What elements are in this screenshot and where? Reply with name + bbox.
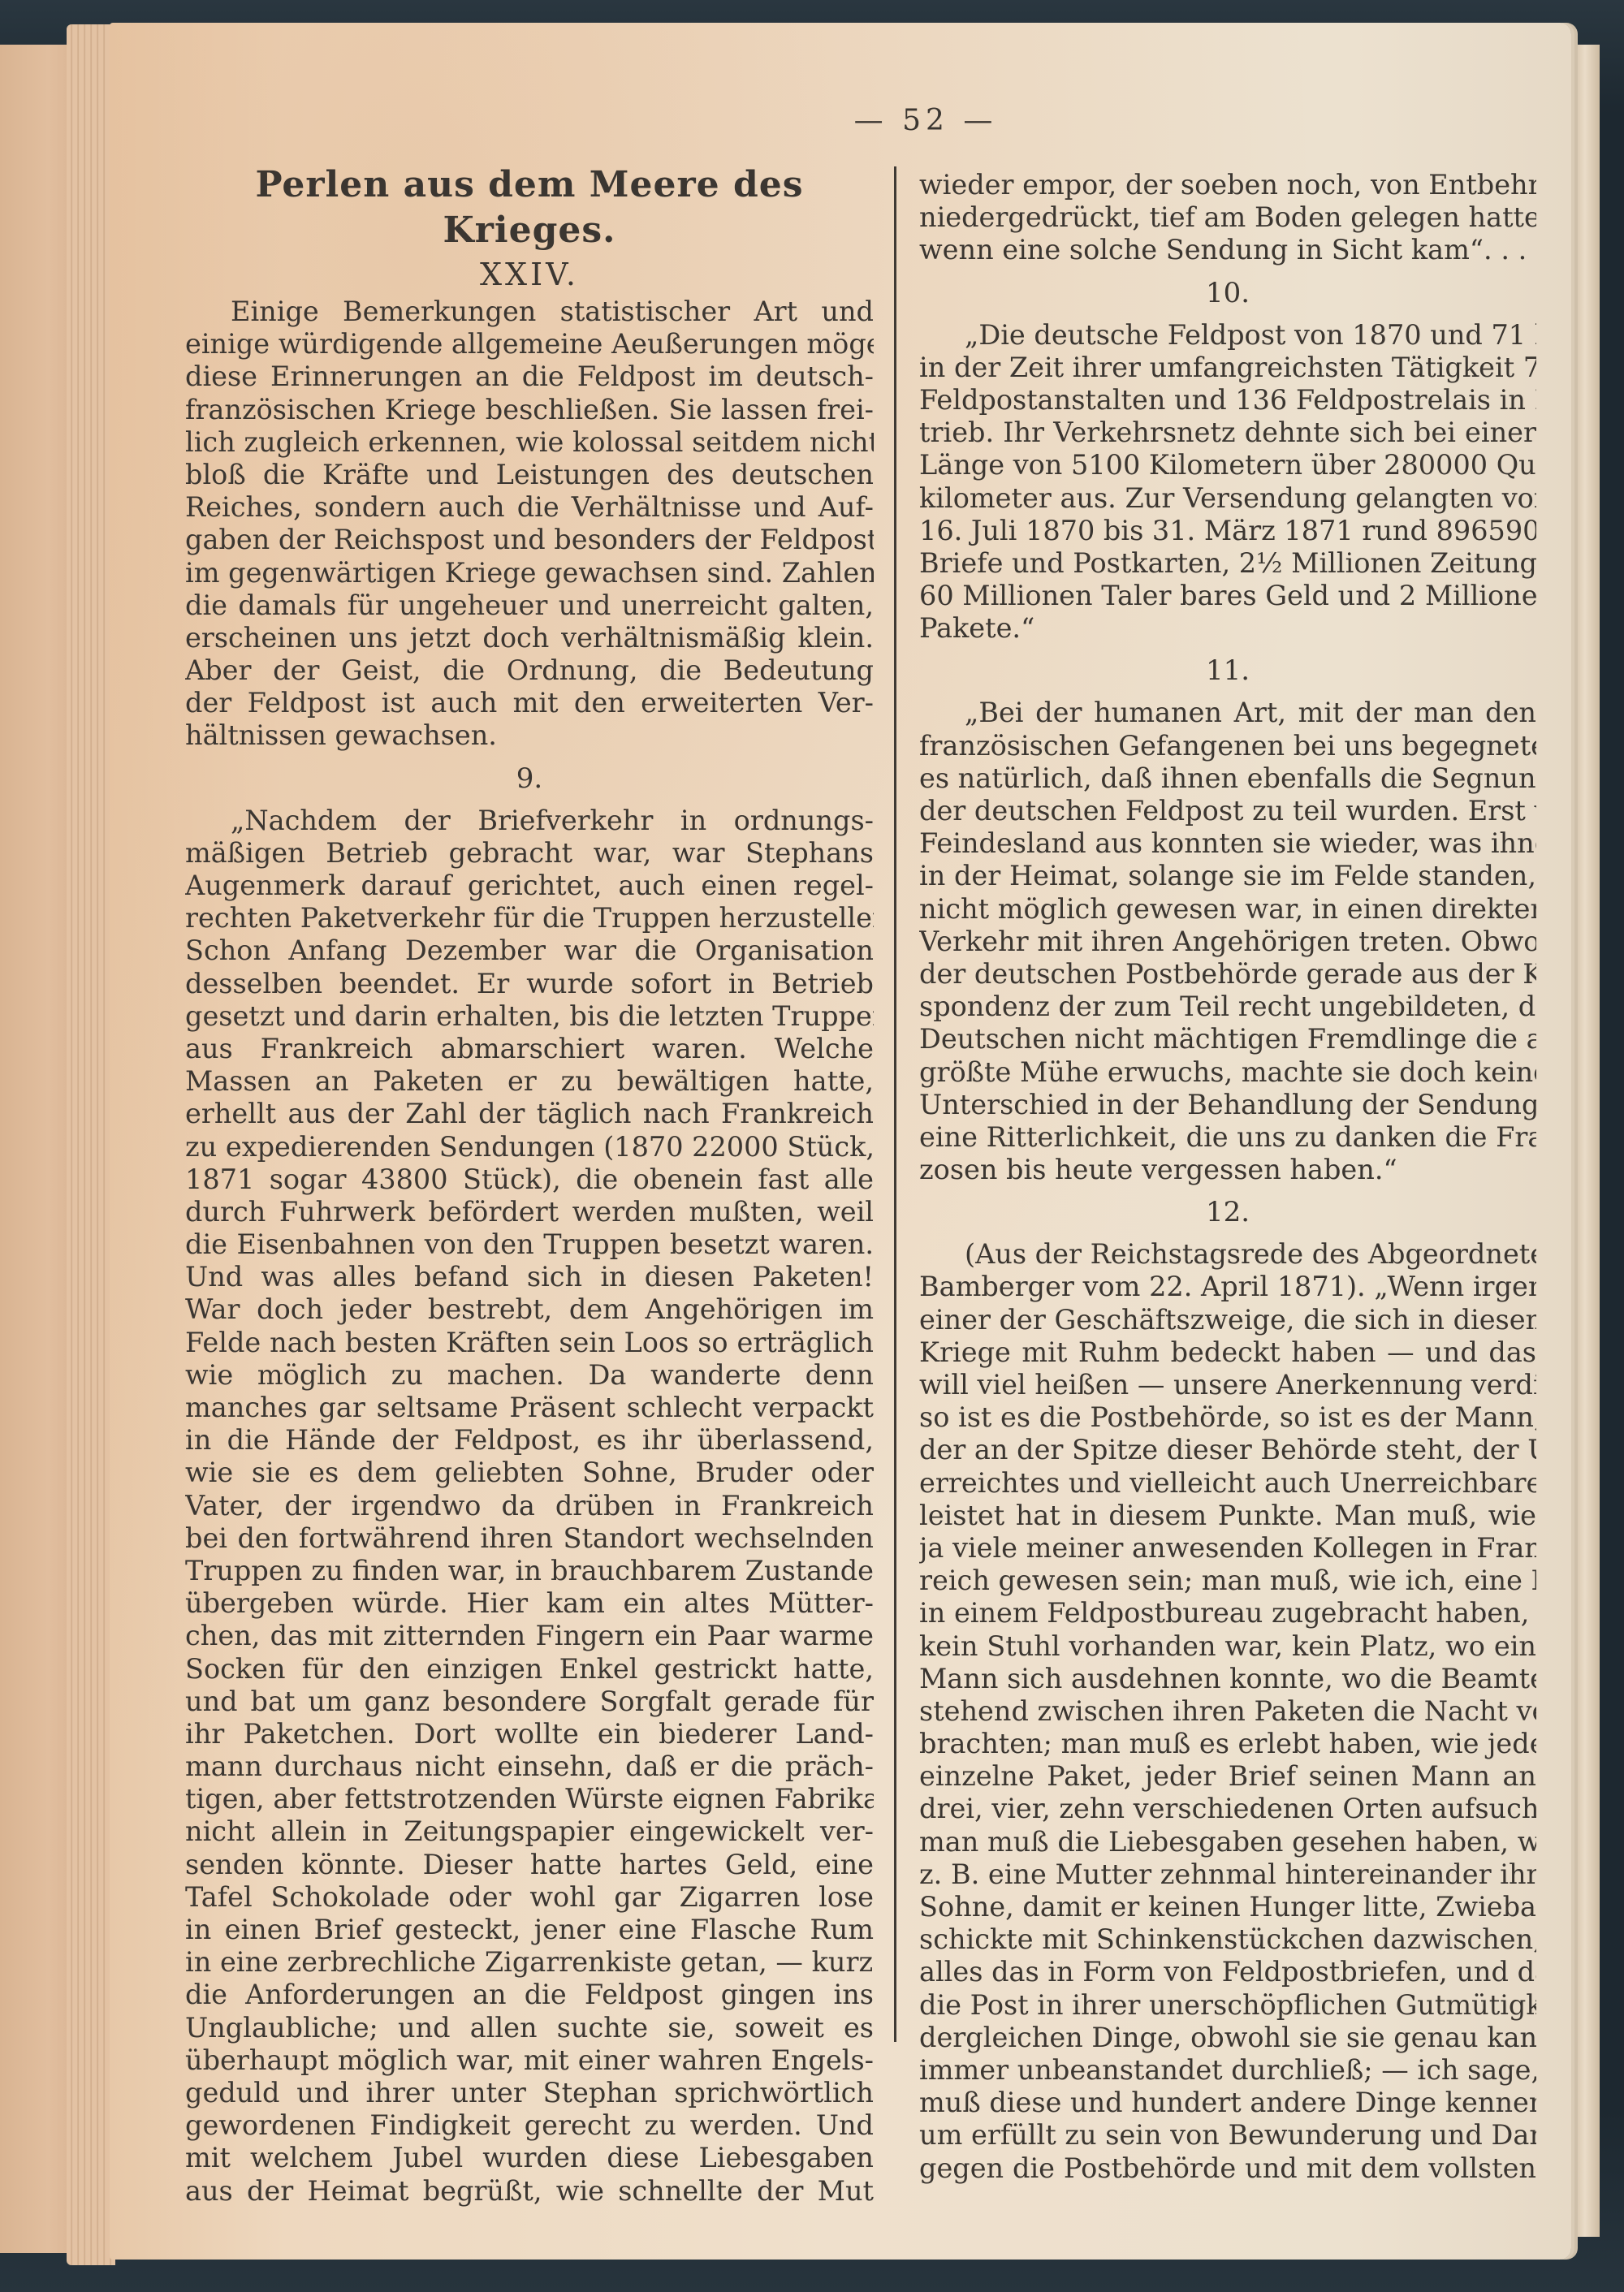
text-line: mit welchem Jubel wurden diese Liebesgab… [185,2142,874,2174]
left-column: Perlen aus dem Meere des Krieges. XXIV. … [185,162,874,2208]
text-line: lich zugleich erkennen, wie kolossal sei… [185,426,874,459]
text-line: will viel heißen — unsere Anerkennung ve… [919,1369,1536,1401]
text-line: wie sie es dem geliebten Sohne, Bruder o… [185,1457,874,1489]
section-number-10: 10. [919,272,1536,314]
text-line: die damals für ungeheuer und unerreicht … [185,589,874,622]
article-title: Perlen aus dem Meere des Krieges. [185,162,874,253]
text-line: wie möglich zu machen. Da wanderte denn [185,1359,874,1392]
text-line: drei, vier, zehn verschiedenen Orten auf… [919,1793,1536,1825]
text-line: zu expedierenden Sendungen (1870 22000 S… [185,1131,874,1163]
text-line: in die Hände der Feldpost, es ihr überla… [185,1424,874,1457]
text-line: nicht möglich gewesen war, in einen dire… [919,893,1536,926]
text-line: senden könnte. Dieser hatte hartes Geld,… [185,1849,874,1881]
text-line: wieder empor, der soeben noch, von Entbe… [919,169,1536,201]
text-line: Sohne, damit er keinen Hunger litte, Zwi… [919,1891,1536,1923]
text-line: gesetzt und darin erhalten, bis die letz… [185,1000,874,1033]
section-12-paragraph: (Aus der Reichstagsrede des Abgeordneten… [919,1238,1536,2184]
text-line: französischen Gefangenen bei uns begegne… [919,730,1536,762]
text-line: die Eisenbahnen von den Truppen besetzt … [185,1228,874,1261]
text-line: eine Ritterlichkeit, die uns zu danken d… [919,1121,1536,1154]
page-number: — 52 — [844,104,1007,137]
text-line: kein Stuhl vorhanden war, kein Platz, wo… [919,1630,1536,1663]
column-divider-rule [894,166,896,2042]
text-line: rechten Paketverkehr für die Truppen her… [185,902,874,934]
text-line: brachten; man muß es erlebt haben, wie j… [919,1728,1536,1760]
text-line: in einem Feldpostbureau zugebracht haben… [919,1597,1536,1629]
series-number: XXIV. [185,257,874,292]
text-line: alles das in Form von Feldpostbriefen, u… [919,1956,1536,1988]
text-line: Deutschen nicht mächtigen Fremdlinge die… [919,1023,1536,1055]
text-line: einer der Geschäftszweige, die sich in d… [919,1304,1536,1336]
text-line: tigen, aber fettstrotzenden Würste eigne… [185,1783,874,1815]
text-line: gaben der Reichspost und besonders der F… [185,524,874,556]
text-line: der Feldpost ist auch mit den erweiterte… [185,687,874,719]
text-line: Massen an Paketen er zu bewältigen hatte… [185,1065,874,1098]
text-line: zosen bis heute vergessen haben.“ [919,1154,1536,1186]
text-line: Und was alles befand sich in diesen Pake… [185,1261,874,1293]
text-line: chen, das mit zitternden Fingern ein Paa… [185,1620,874,1652]
text-line: größte Mühe erwuchs, machte sie doch kei… [919,1056,1536,1089]
page-right-edge [1575,45,1600,2237]
text-line: 1871 sogar 43800 Stück), die obenein fas… [185,1163,874,1196]
text-line: Socken für den einzigen Enkel gestrickt … [185,1653,874,1686]
text-line: manches gar seltsame Präsent schlecht ve… [185,1392,874,1424]
text-line: schickte mit Schinkenstückchen dazwische… [919,1923,1536,1956]
text-line: es natürlich, daß ihnen ebenfalls die Se… [919,762,1536,795]
text-line: der an der Spitze dieser Behörde steht, … [919,1434,1536,1466]
text-line: so ist es die Postbehörde, so ist es der… [919,1401,1536,1434]
section-11-paragraph: „Bei der humanen Art, mit der man denfra… [919,697,1536,1186]
text-line: Reiches, sondern auch die Verhältnisse u… [185,491,874,524]
text-line: 16. Juli 1870 bis 31. März 1871 rund 896… [919,515,1536,547]
text-line: erhellt aus der Zahl der täglich nach Fr… [185,1098,874,1130]
text-line: erreichtes und vielleicht auch Unerreich… [919,1467,1536,1500]
text-line: (Aus der Reichstagsrede des Abgeordneten [919,1238,1536,1271]
text-line: muß diese und hundert andere Dinge kenne… [919,2087,1536,2119]
text-line: man muß die Liebesgaben gesehen haben, w… [919,1826,1536,1858]
text-line: überhaupt möglich war, mit einer wahren … [185,2044,874,2077]
text-line: um erfüllt zu sein von Bewunderung und D… [919,2119,1536,2152]
text-line: übergeben würde. Hier kam ein altes Mütt… [185,1587,874,1620]
text-line: gewordenen Findigkeit gerecht zu werden.… [185,2109,874,2142]
section-number-11: 11. [919,650,1536,692]
text-line: Mann sich ausdehnen konnte, wo die Beamt… [919,1663,1536,1695]
text-line: Truppen zu finden war, in brauchbarem Zu… [185,1555,874,1587]
text-line: Vater, der irgendwo da drüben in Frankre… [185,1490,874,1522]
text-line: stehend zwischen ihren Paketen die Nacht… [919,1695,1536,1728]
text-line: dergleichen Dinge, obwohl sie sie genau … [919,2022,1536,2054]
text-line: wenn eine solche Sendung in Sicht kam“. … [919,234,1536,266]
text-line: hältnissen gewachsen. [185,719,874,752]
text-line: Verkehr mit ihren Angehörigen treten. Ob… [919,926,1536,958]
text-line: „Bei der humanen Art, mit der man den [919,697,1536,729]
text-line: einige würdigende allgemeine Aeußerungen… [185,328,874,360]
text-line: aus der Heimat begrüßt, wie schnellte de… [185,2175,874,2208]
text-line: ihr Paketchen. Dort wollte ein biederer … [185,1718,874,1750]
page-stack-edges [67,24,115,2265]
continuation-paragraph: wieder empor, der soeben noch, von Entbe… [919,169,1536,267]
text-line: Schon Anfang Dezember war die Organisati… [185,934,874,967]
text-line: die Post in ihrer unerschöpflichen Gutmü… [919,1989,1536,2022]
text-line: „Nachdem der Briefverkehr in ordnungs- [185,805,874,837]
text-line: durch Fuhrwerk befördert werden mußten, … [185,1196,874,1228]
text-line: gegen die Postbehörde und mit dem vollst… [919,2152,1536,2185]
text-line: immer unbeanstandet durchließ; — ich sag… [919,2054,1536,2087]
text-line: niedergedrückt, tief am Boden gelegen ha… [919,201,1536,234]
text-line: trieb. Ihr Verkehrsnetz dehnte sich bei … [919,417,1536,449]
text-line: geduld und ihrer unter Stephan sprichwör… [185,2077,874,2109]
section-10-paragraph: „Die deutsche Feldpost von 1870 und 71 h… [919,319,1536,645]
text-line: ja viele meiner anwesenden Kollegen in F… [919,1532,1536,1565]
text-line: leistet hat in diesem Punkte. Man muß, w… [919,1500,1536,1532]
text-line: Unterschied in der Behandlung der Sendun… [919,1089,1536,1121]
text-line: in der Heimat, solange sie im Felde stan… [919,860,1536,892]
text-line: und bat um ganz besondere Sorgfalt gerad… [185,1686,874,1718]
text-line: z. B. eine Mutter zehnmal hintereinander… [919,1858,1536,1891]
text-line: War doch jeder bestrebt, dem Angehörigen… [185,1293,874,1326]
text-line: Felde nach besten Kräften sein Loos so e… [185,1327,874,1359]
text-line: mann durchaus nicht einsehn, daß er die … [185,1750,874,1783]
section-9-paragraph: „Nachdem der Briefverkehr in ordnungs-mä… [185,805,874,2208]
text-line: Länge von 5100 Kilometern über 280000 Qu… [919,449,1536,481]
text-line: Tafel Schokolade oder wohl gar Zigarren … [185,1881,874,1914]
text-line: spondenz der zum Teil recht ungebildeten… [919,991,1536,1023]
text-line: in eine zerbrechliche Zigarrenkiste geta… [185,1946,874,1979]
section-number-12: 12. [919,1191,1536,1233]
text-line: bei den fortwährend ihren Standort wechs… [185,1522,874,1555]
text-line: desselben beendet. Er wurde sofort in Be… [185,968,874,1000]
text-line: französischen Kriege beschließen. Sie la… [185,394,874,426]
text-line: der deutschen Postbehörde gerade aus der… [919,958,1536,991]
text-line: einzelne Paket, jeder Brief seinen Mann … [919,1760,1536,1793]
text-line: 60 Millionen Taler bares Geld und 2 Mill… [919,580,1536,612]
text-line: in der Zeit ihrer umfangreichsten Tätigk… [919,352,1536,384]
right-column: wieder empor, der soeben noch, von Entbe… [919,169,1536,2185]
text-line: Einige Bemerkungen statistischer Art und [185,296,874,328]
text-line: Bamberger vom 22. April 1871). „Wenn irg… [919,1271,1536,1303]
text-line: Kriege mit Ruhm bedeckt haben — und das [919,1336,1536,1369]
text-line: aus Frankreich abmarschiert waren. Welch… [185,1033,874,1065]
text-line: erscheinen uns jetzt doch verhältnismäßi… [185,622,874,654]
text-line: der deutschen Feldpost zu teil wurden. E… [919,795,1536,827]
intro-paragraph: Einige Bemerkungen statistischer Art und… [185,296,874,753]
text-line: Unglaubliche; und allen suchte sie, sowe… [185,2012,874,2044]
text-line: mäßigen Betrieb gebracht war, war Stepha… [185,837,874,870]
text-line: die Anforderungen an die Feldpost gingen… [185,1979,874,2011]
text-line: Augenmerk darauf gerichtet, auch einen r… [185,870,874,902]
text-line: Feindesland aus konnten sie wieder, was … [919,827,1536,860]
text-line: „Die deutsche Feldpost von 1870 und 71 h… [919,319,1536,352]
text-line: nicht allein in Zeitungspapier eingewick… [185,1815,874,1848]
text-line: Feldpostanstalten und 136 Feldpostrelais… [919,384,1536,417]
text-line: reich gewesen sein; man muß, wie ich, ei… [919,1565,1536,1597]
text-line: Briefe und Postkarten, 2½ Millionen Zeit… [919,547,1536,580]
section-number-9: 9. [185,758,874,800]
text-line: in einen Brief gesteckt, jener eine Flas… [185,1914,874,1946]
text-line: bloß die Kräfte und Leistungen des deuts… [185,459,874,491]
text-line: im gegenwärtigen Kriege gewachsen sind. … [185,557,874,589]
text-line: Aber der Geist, die Ordnung, die Bedeutu… [185,654,874,687]
text-line: kilometer aus. Zur Versendung gelangten … [919,482,1536,515]
text-line: diese Erinnerungen an die Feldpost im de… [185,360,874,393]
text-line: Pakete.“ [919,612,1536,645]
